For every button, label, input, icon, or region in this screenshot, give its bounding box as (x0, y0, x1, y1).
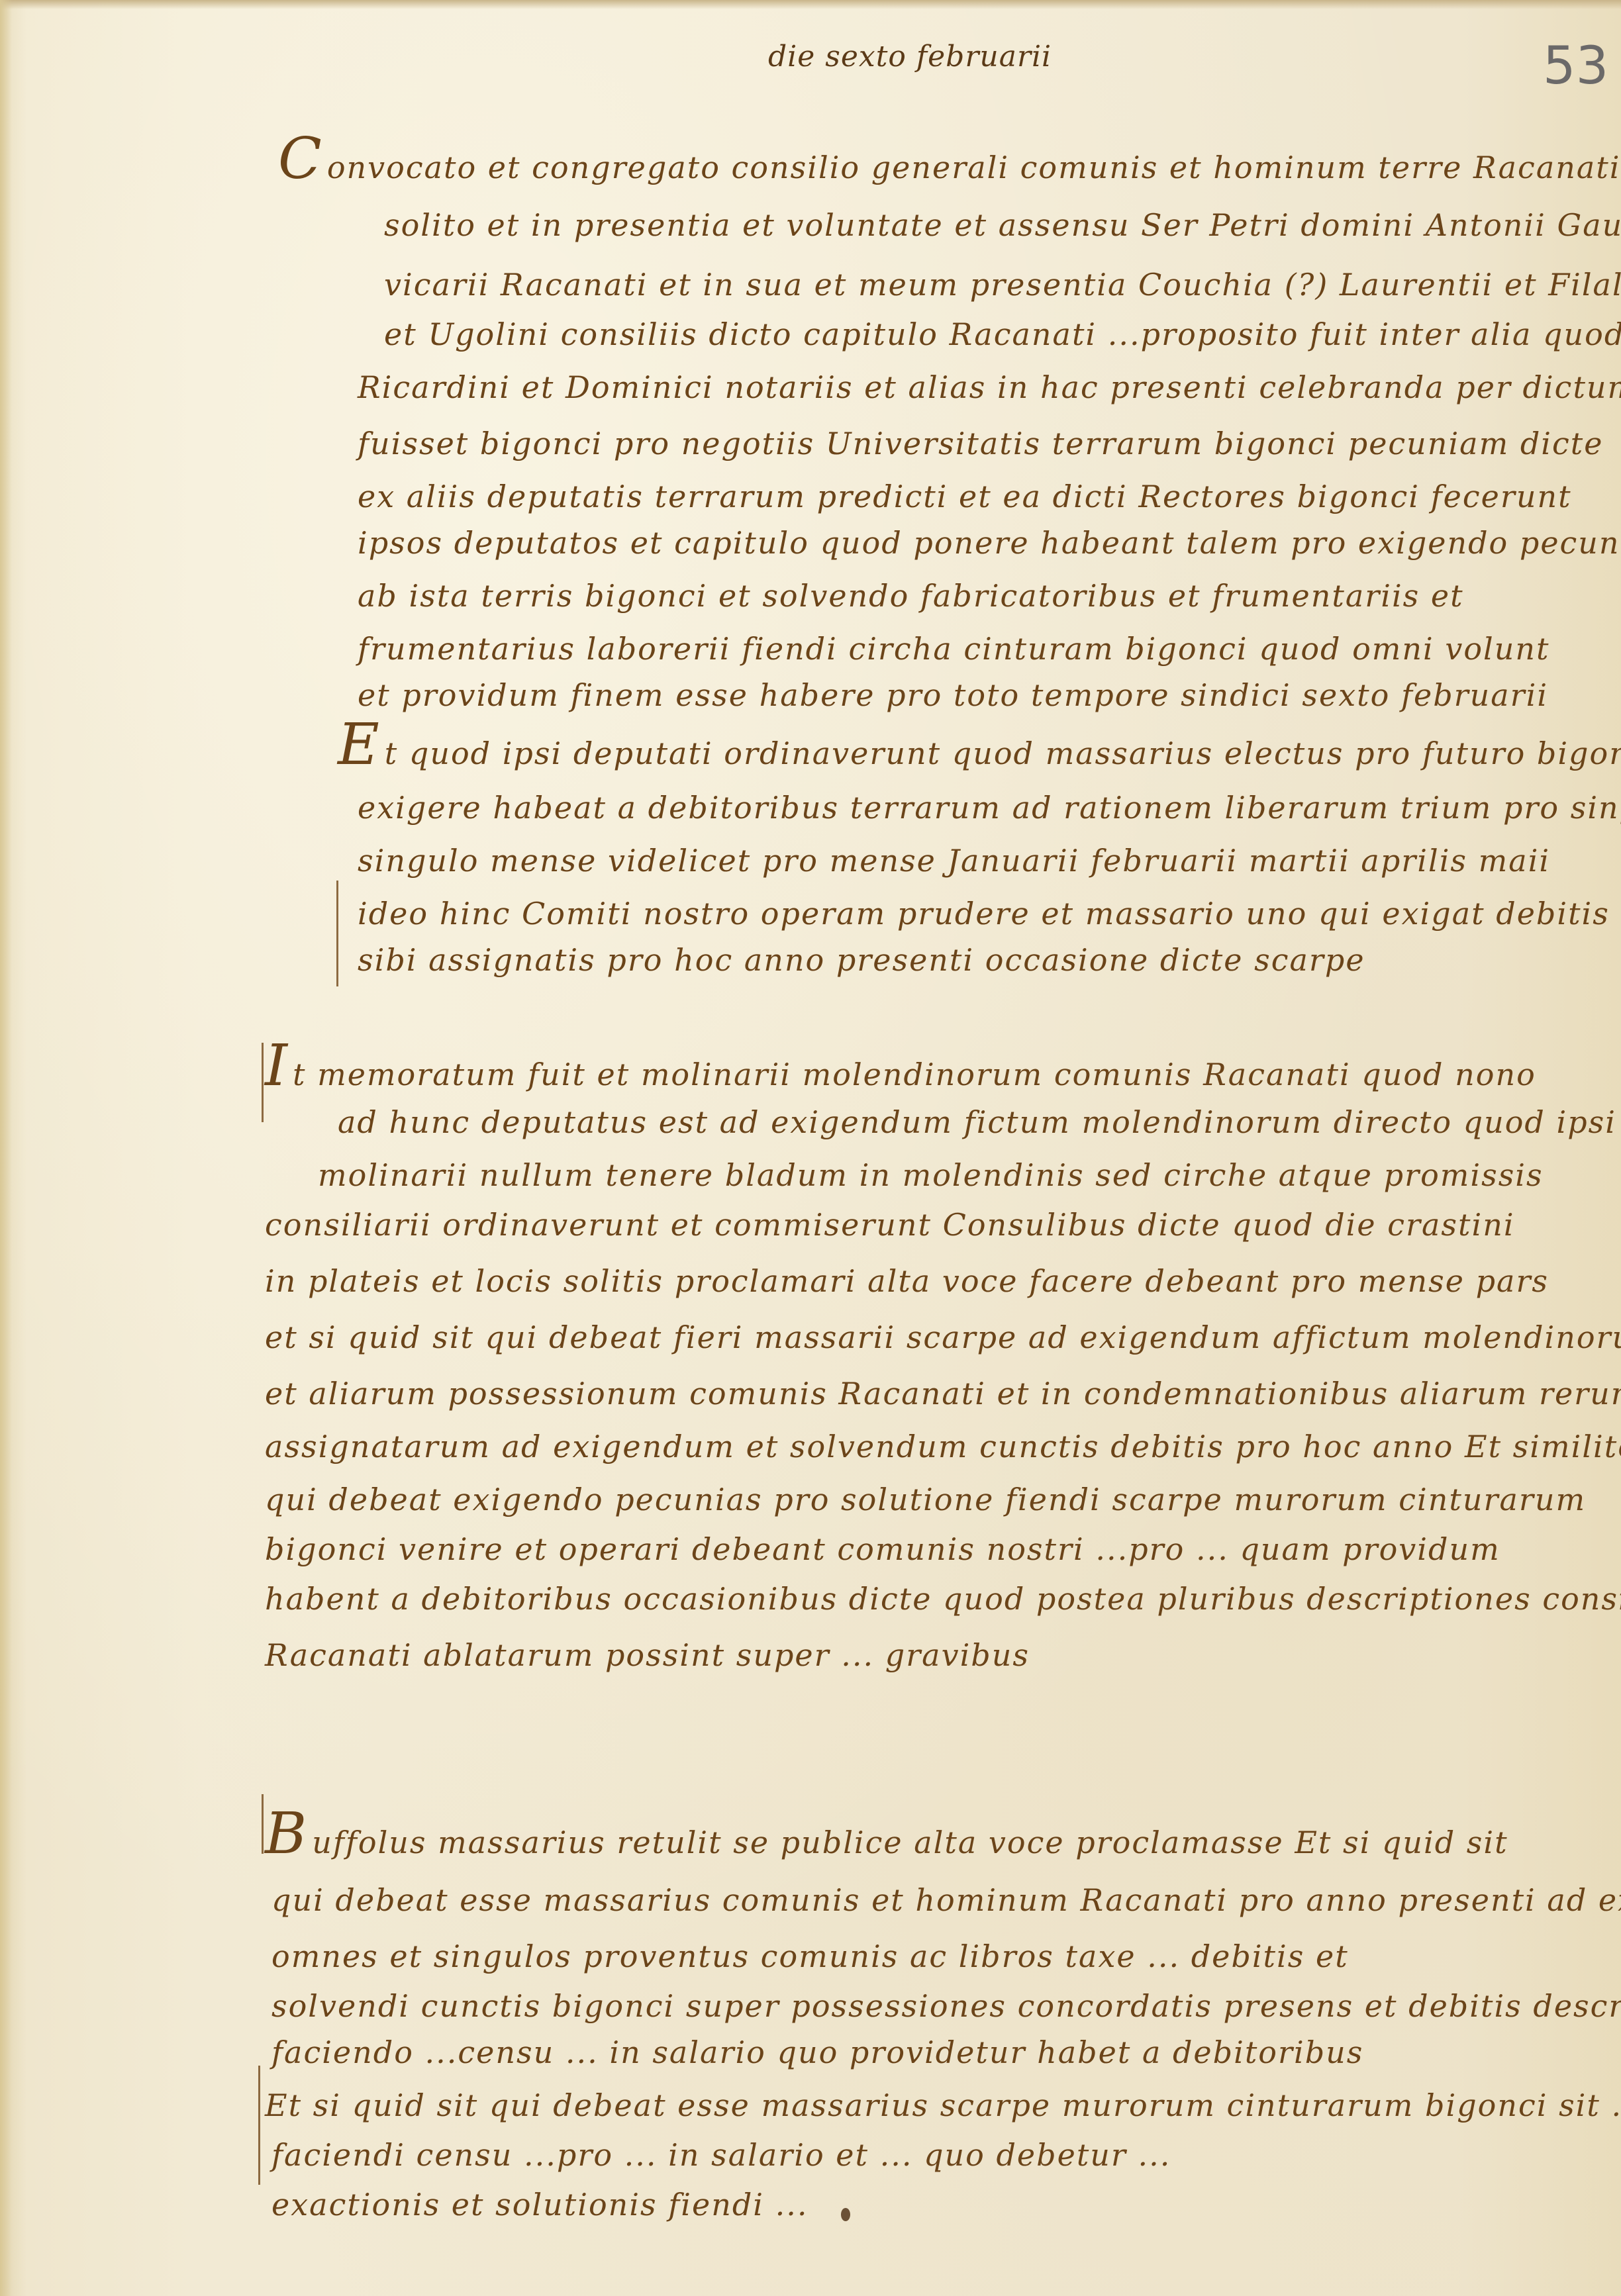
text-line: singulo mense videlicet pro mense Januar… (358, 841, 1550, 881)
ink-blot (841, 2208, 850, 2221)
margin-bracket (262, 1043, 264, 1122)
text-line: qui debeat esse massarius comunis et hom… (271, 1880, 1621, 1920)
text-line: frumentarius laborerii fiendi circha cin… (358, 629, 1550, 669)
text-line: ex aliis deputatis terrarum predicti et … (358, 477, 1572, 516)
date-heading: die sexto februarii (768, 40, 1052, 73)
text-line: Buffolus massarius retulit se publice al… (265, 1814, 1508, 1862)
manuscript-page: die sexto februarii 53 Convocato et cong… (0, 0, 1621, 2296)
margin-bracket (336, 881, 338, 986)
text-line: Convocato et congregato consilio general… (278, 139, 1621, 187)
text-line: exactionis et solutionis fiendi ... (271, 2185, 808, 2224)
text-line: qui debeat exigendo pecunias pro solutio… (265, 1480, 1586, 1519)
text-line: sibi assignatis pro hoc anno presenti oc… (358, 940, 1365, 980)
text-line: consiliarii ordinaverunt et commiserunt … (265, 1205, 1515, 1245)
text-line: ipsos deputatos et capitulo quod ponere … (358, 523, 1621, 563)
margin-bracket (258, 2066, 260, 2185)
decorated-initial: C (278, 126, 323, 192)
text-line: solito et in presentia et voluntate et a… (384, 205, 1621, 245)
text-line: Racanati ablatarum possint super ... gra… (265, 1635, 1030, 1675)
text-line: assignatarum ad exigendum et solvendum c… (265, 1427, 1621, 1466)
text-line: et Ugolini consiliis dicto capitulo Raca… (384, 314, 1621, 354)
text-line: molinarii nullum tenere bladum in molend… (318, 1155, 1544, 1195)
text-line: Et quod ipsi deputati ordinaverunt quod … (338, 725, 1621, 773)
text-line: vicarii Racanati et in sua et meum prese… (384, 265, 1621, 305)
text-line: ad hunc deputatus est ad exigendum fictu… (338, 1102, 1616, 1142)
text-line: et aliarum possessionum comunis Racanati… (265, 1374, 1621, 1413)
margin-bracket (262, 1794, 264, 1854)
text-line: bigonci venire et operari debeant comuni… (265, 1529, 1500, 1569)
text-line: ab ista terris bigonci et solvendo fabri… (358, 576, 1464, 616)
text-line: faciendi censu ...pro ... in salario et … (271, 2135, 1171, 2175)
text-line: omnes et singulos proventus comunis ac l… (271, 1937, 1349, 1976)
decorated-initial: E (338, 712, 381, 778)
decorated-initial: I (265, 1033, 289, 1099)
text-line: ideo hinc Comiti nostro operam prudere e… (358, 894, 1610, 933)
text-line: solvendi cunctis bigonci super possessio… (271, 1986, 1621, 2026)
text-line: et si quid sit qui debeat fieri massarii… (265, 1317, 1621, 1357)
text-line: et providum finem esse habere pro toto t… (358, 675, 1548, 715)
text-line: fuisset bigonci pro negotiis Universitat… (358, 424, 1603, 463)
text-line: Ricardini et Dominici notariis et alias … (358, 367, 1621, 407)
binding-edge (0, 0, 12, 2296)
folio-number: 53 (1543, 36, 1608, 96)
text-line: in plateis et locis solitis proclamari a… (265, 1261, 1549, 1301)
text-line: Et si quid sit qui debeat esse massarius… (265, 2085, 1621, 2125)
text-line: It memoratum fuit et molinarii molendino… (265, 1046, 1536, 1094)
decorated-initial: B (265, 1801, 308, 1867)
torn-top-edge (0, 0, 1621, 9)
text-line: habent a debitoribus occasionibus dicte … (265, 1579, 1621, 1619)
text-line: faciendo ...censu ... in salario quo pro… (271, 2033, 1363, 2072)
text-line: exigere habeat a debitoribus terrarum ad… (358, 788, 1621, 828)
